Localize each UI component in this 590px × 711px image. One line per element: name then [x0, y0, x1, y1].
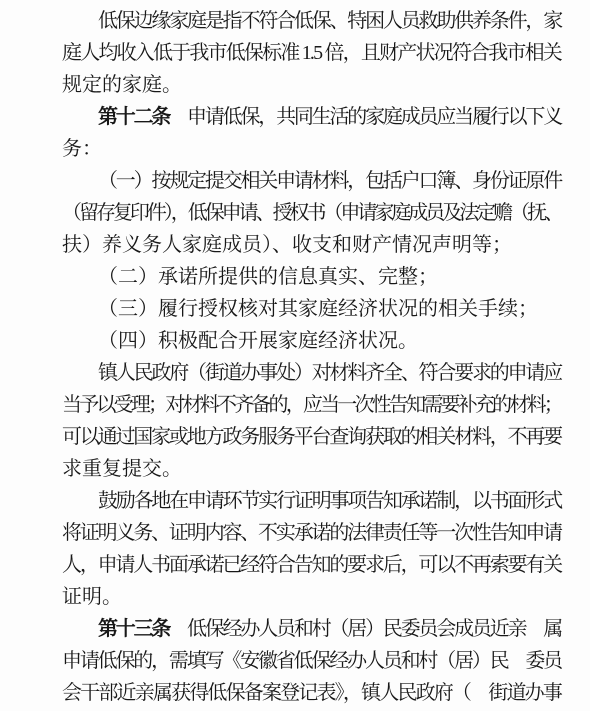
line-text: 可以通过国家或地方政务服务平台查询获取的相关材料，不再要	[62, 426, 561, 448]
text-line: 镇人民政府（街道办事处）对材料齐全、符合要求的申请应	[62, 357, 561, 389]
line-text: 会干部近亲属获得低保备案登记表》，镇人民政府（ 街道办事	[62, 682, 561, 704]
line-text: 庭人均收入低于我市低保标准 1.5 倍，且财产状况符合我市相关	[62, 42, 561, 64]
article-label: 第十二条	[98, 106, 169, 128]
line-text: （二）承诺所提供的信息真实、完整；	[98, 266, 438, 288]
line-text: 扶）养义务人家庭成员）、收支和财产情况声明等；	[62, 234, 512, 256]
line-text: （一）按规定提交相关申请材料，包括户口簿、身份证原件	[98, 170, 561, 192]
line-text: 求重复提交。	[62, 458, 182, 480]
text-line: 申请低保的，需填写《安徽省低保经办人员和村（居）民 委员	[62, 645, 561, 677]
line-text: 当予以受理；对材料不齐备的，应当一次性告知需要补充的材料；	[62, 394, 561, 416]
text-line: 第十二条 申请低保，共同生活的家庭成员应当履行以下义	[62, 101, 561, 133]
line-text: 申请低保的，需填写《安徽省低保经办人员和村（居）民 委员	[62, 650, 561, 672]
line-text: （四）积极配合开展家庭经济状况。	[98, 330, 418, 352]
text-line: （四）积极配合开展家庭经济状况。	[62, 325, 561, 357]
text-line: 第十三条 低保经办人员和村（居）民委员会成员近亲 属	[62, 613, 561, 645]
text-line: （一）按规定提交相关申请材料，包括户口簿、身份证原件	[62, 165, 561, 197]
text-line: 规定的家庭。	[62, 69, 561, 101]
line-text: 规定的家庭。	[62, 74, 182, 96]
line-text: 申请低保，共同生活的家庭成员应当履行以下义	[169, 106, 561, 128]
text-line: 会干部近亲属获得低保备案登记表》，镇人民政府（ 街道办事	[62, 677, 561, 709]
text-line: 可以通过国家或地方政务服务平台查询获取的相关材料，不再要	[62, 421, 561, 453]
text-line: （三）履行授权核对其家庭经济状况的相关手续；	[62, 293, 561, 325]
text-line: 庭人均收入低于我市低保标准 1.5 倍，且财产状况符合我市相关	[62, 37, 561, 69]
line-text: 鼓励各地在申请环节实行证明事项告知承诺制，以书面形式	[98, 490, 561, 512]
line-text: 将证明义务、证明内容、不实承诺的法律责任等一次性告知申请	[62, 522, 561, 544]
text-line: （二）承诺所提供的信息真实、完整；	[62, 261, 561, 293]
line-text: 低保经办人员和村（居）民委员会成员近亲 属	[169, 618, 561, 640]
text-line: 当予以受理；对材料不齐备的，应当一次性告知需要补充的材料；	[62, 389, 561, 421]
text-line: 务：	[62, 133, 561, 165]
line-text: 低保边缘家庭是指不符合低保、特困人员救助供养条件，家	[98, 10, 561, 32]
text-line: 鼓励各地在申请环节实行证明事项告知承诺制，以书面形式	[62, 485, 561, 517]
text-line: （留存复印件），低保申请、授权书（申请家庭成员及法定赡（抚、	[62, 197, 561, 229]
line-text: 人，申请人书面承诺已经符合告知的要求后，可以不再索要有关	[62, 554, 561, 576]
line-text: 镇人民政府（街道办事处）对材料齐全、符合要求的申请应	[98, 362, 561, 384]
text-line: 扶）养义务人家庭成员）、收支和财产情况声明等；	[62, 229, 561, 261]
text-line: 低保边缘家庭是指不符合低保、特困人员救助供养条件，家	[62, 5, 561, 37]
document-page: 低保边缘家庭是指不符合低保、特困人员救助供养条件，家 庭人均收入低于我市低保标准…	[0, 0, 590, 711]
line-text: （留存复印件），低保申请、授权书（申请家庭成员及法定赡（抚、	[62, 202, 561, 224]
text-line: 将证明义务、证明内容、不实承诺的法律责任等一次性告知申请	[62, 517, 561, 549]
article-label: 第十三条	[98, 618, 169, 640]
text-line: 人，申请人书面承诺已经符合告知的要求后，可以不再索要有关	[62, 549, 561, 581]
line-text: （三）履行授权核对其家庭经济状况的相关手续；	[98, 298, 538, 320]
line-text: 务：	[62, 138, 102, 160]
text-line: 求重复提交。	[62, 453, 561, 485]
line-text: 证明。	[62, 586, 122, 608]
text-line: 证明。	[62, 581, 561, 613]
